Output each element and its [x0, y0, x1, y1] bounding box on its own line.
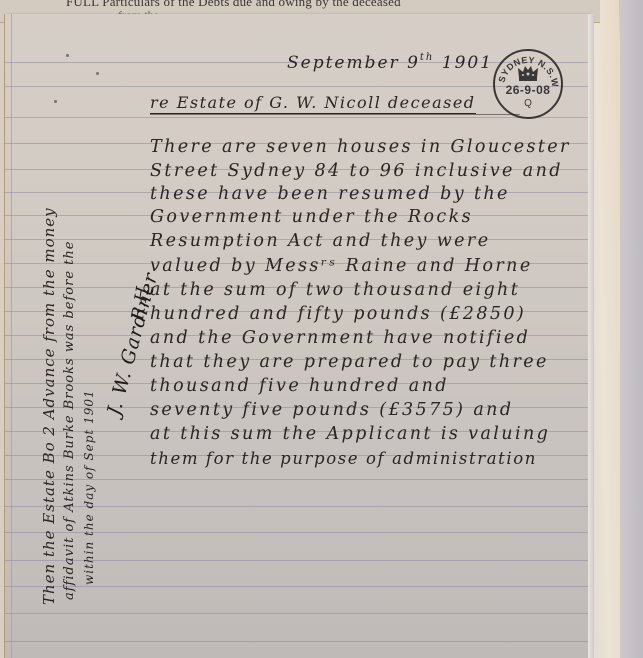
postmark-code: Q — [495, 98, 561, 109]
body-line: Resumption Act and they were — [150, 231, 490, 251]
margin-line — [11, 14, 12, 658]
date-month-day: September 9 — [287, 53, 420, 73]
body-line: them for the purpose of administration — [150, 449, 537, 468]
body-line: these have been resumed by the — [150, 184, 510, 204]
body-line: and the Government have notified — [150, 328, 530, 348]
body-line: There are seven houses in Gloucester — [150, 137, 571, 157]
crown-icon — [517, 64, 539, 82]
body-line: at the sum of two thousand eight — [150, 280, 520, 300]
body-line: thousand five hundred and — [150, 376, 449, 396]
subject-double-underline — [150, 114, 520, 115]
body-line: hundred and fifty pounds (£2850) — [150, 304, 526, 324]
body-line: that they are prepared to pay three — [150, 352, 549, 372]
letter-subject: re Estate of G. W. Nicoll deceased — [150, 93, 476, 114]
letter-date: September 9th 1901 — [287, 52, 493, 73]
body-line: Street Sydney 84 to 96 inclusive and — [150, 161, 563, 181]
printed-form-header: FULL Particulars of the Debts due and ow… — [66, 0, 401, 10]
body-line: at this sum the Applicant is valuing — [150, 424, 550, 444]
sydney-postmark: SYDNEY N.S.W 26-9-08 Q — [493, 49, 563, 119]
margin-note-line: Then the Estate Bo 2 Advance from the mo… — [40, 207, 58, 605]
date-ordinal: th — [420, 52, 434, 63]
ink-speck — [66, 54, 69, 57]
margin-note-line: within the day of Sept 1901 — [82, 389, 96, 585]
ruled-line — [5, 613, 588, 614]
desk-surface — [620, 0, 643, 658]
ink-speck — [96, 72, 99, 75]
body-line: Government under the Rocks — [150, 207, 473, 227]
body-line: seventy five pounds (£3575) and — [150, 400, 513, 420]
date-year: 1901 — [442, 53, 493, 73]
ruled-line — [5, 117, 588, 118]
page-edge — [588, 14, 594, 658]
ruled-line — [5, 586, 588, 587]
margin-note-line: affidavit of Atkins Burke Brooks was bef… — [62, 241, 77, 600]
postmark-date: 26-9-08 — [495, 83, 561, 97]
ruled-line — [5, 641, 588, 642]
ink-speck — [54, 100, 57, 103]
body-line: valued by Messʳˢ Raine and Horne — [150, 256, 533, 276]
